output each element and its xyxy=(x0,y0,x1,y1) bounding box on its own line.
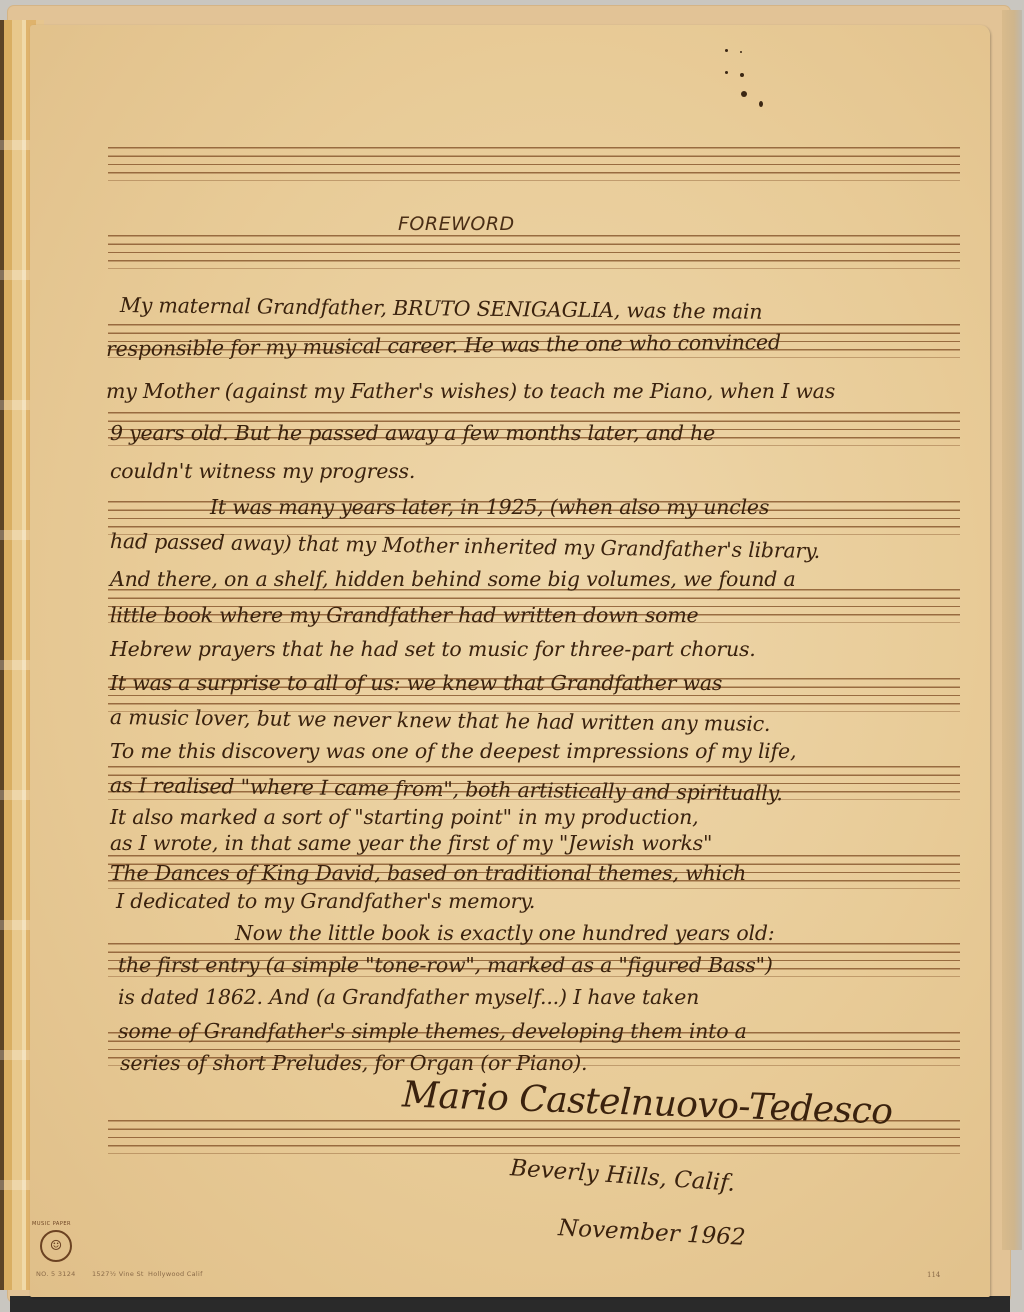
publisher-logo-icon: ☺ xyxy=(40,1230,72,1262)
handwritten-line: couldn't witness my progress. xyxy=(110,459,415,483)
music-staff xyxy=(108,235,960,269)
ink-spot xyxy=(759,101,763,107)
handwritten-line: Hebrew prayers that he had set to music … xyxy=(110,637,756,661)
handwritten-line: 9 years old. But he passed away a few mo… xyxy=(110,421,715,445)
handwritten-line: It was many years later, in 1925, (when … xyxy=(210,495,769,519)
manuscript-page: FOREWORD My maternal Grandfather, BRUTO … xyxy=(30,25,990,1297)
handwritten-line: My maternal Grandfather, BRUTO SENIGAGLI… xyxy=(120,293,763,324)
signature-date: November 1962 xyxy=(557,1215,746,1251)
ink-spot xyxy=(725,71,728,74)
page-number: 114 xyxy=(927,1271,940,1279)
ink-spot xyxy=(741,91,747,97)
paper-address: 1527½ Vine St xyxy=(92,1270,144,1278)
handwritten-line: And there, on a shelf, hidden behind som… xyxy=(110,567,795,591)
paper-code: NO. 5 3124 xyxy=(36,1270,76,1278)
ink-spot xyxy=(725,49,728,52)
ink-spot xyxy=(740,73,744,77)
handwritten-line: Now the little book is exactly one hundr… xyxy=(235,921,774,945)
handwritten-line: is dated 1862. And (a Grandfather myself… xyxy=(118,985,699,1009)
signature-place: Beverly Hills, Calif. xyxy=(509,1155,736,1197)
handwritten-line: the first entry (a simple "tone-row", ma… xyxy=(118,953,773,977)
handwritten-line: It also marked a sort of "starting point… xyxy=(110,805,698,829)
page-stack-edge xyxy=(1002,10,1022,1250)
publisher-logo-text: MUSIC PAPER xyxy=(32,1221,71,1227)
handwritten-line: To me this discovery was one of the deep… xyxy=(110,739,796,763)
music-staff xyxy=(108,147,960,181)
handwritten-line: as I wrote, in that same year the first … xyxy=(110,831,712,855)
table-surface xyxy=(10,1296,1010,1312)
ink-spot xyxy=(740,51,742,53)
handwritten-line: some of Grandfather's simple themes, dev… xyxy=(118,1019,747,1043)
handwritten-line: little book where my Grandfather had wri… xyxy=(110,603,699,627)
handwritten-line: my Mother (against my Father's wishes) t… xyxy=(106,379,835,403)
handwritten-line: The Dances of King David, based on tradi… xyxy=(110,861,746,885)
paper-city: Hollywood Calif xyxy=(148,1270,203,1278)
handwritten-line: series of short Preludes, for Organ (or … xyxy=(120,1051,587,1075)
handwritten-line: It was a surprise to all of us: we knew … xyxy=(110,671,722,695)
page-title: FOREWORD xyxy=(398,213,515,235)
handwritten-line: I dedicated to my Grandfather's memory. xyxy=(116,889,535,913)
